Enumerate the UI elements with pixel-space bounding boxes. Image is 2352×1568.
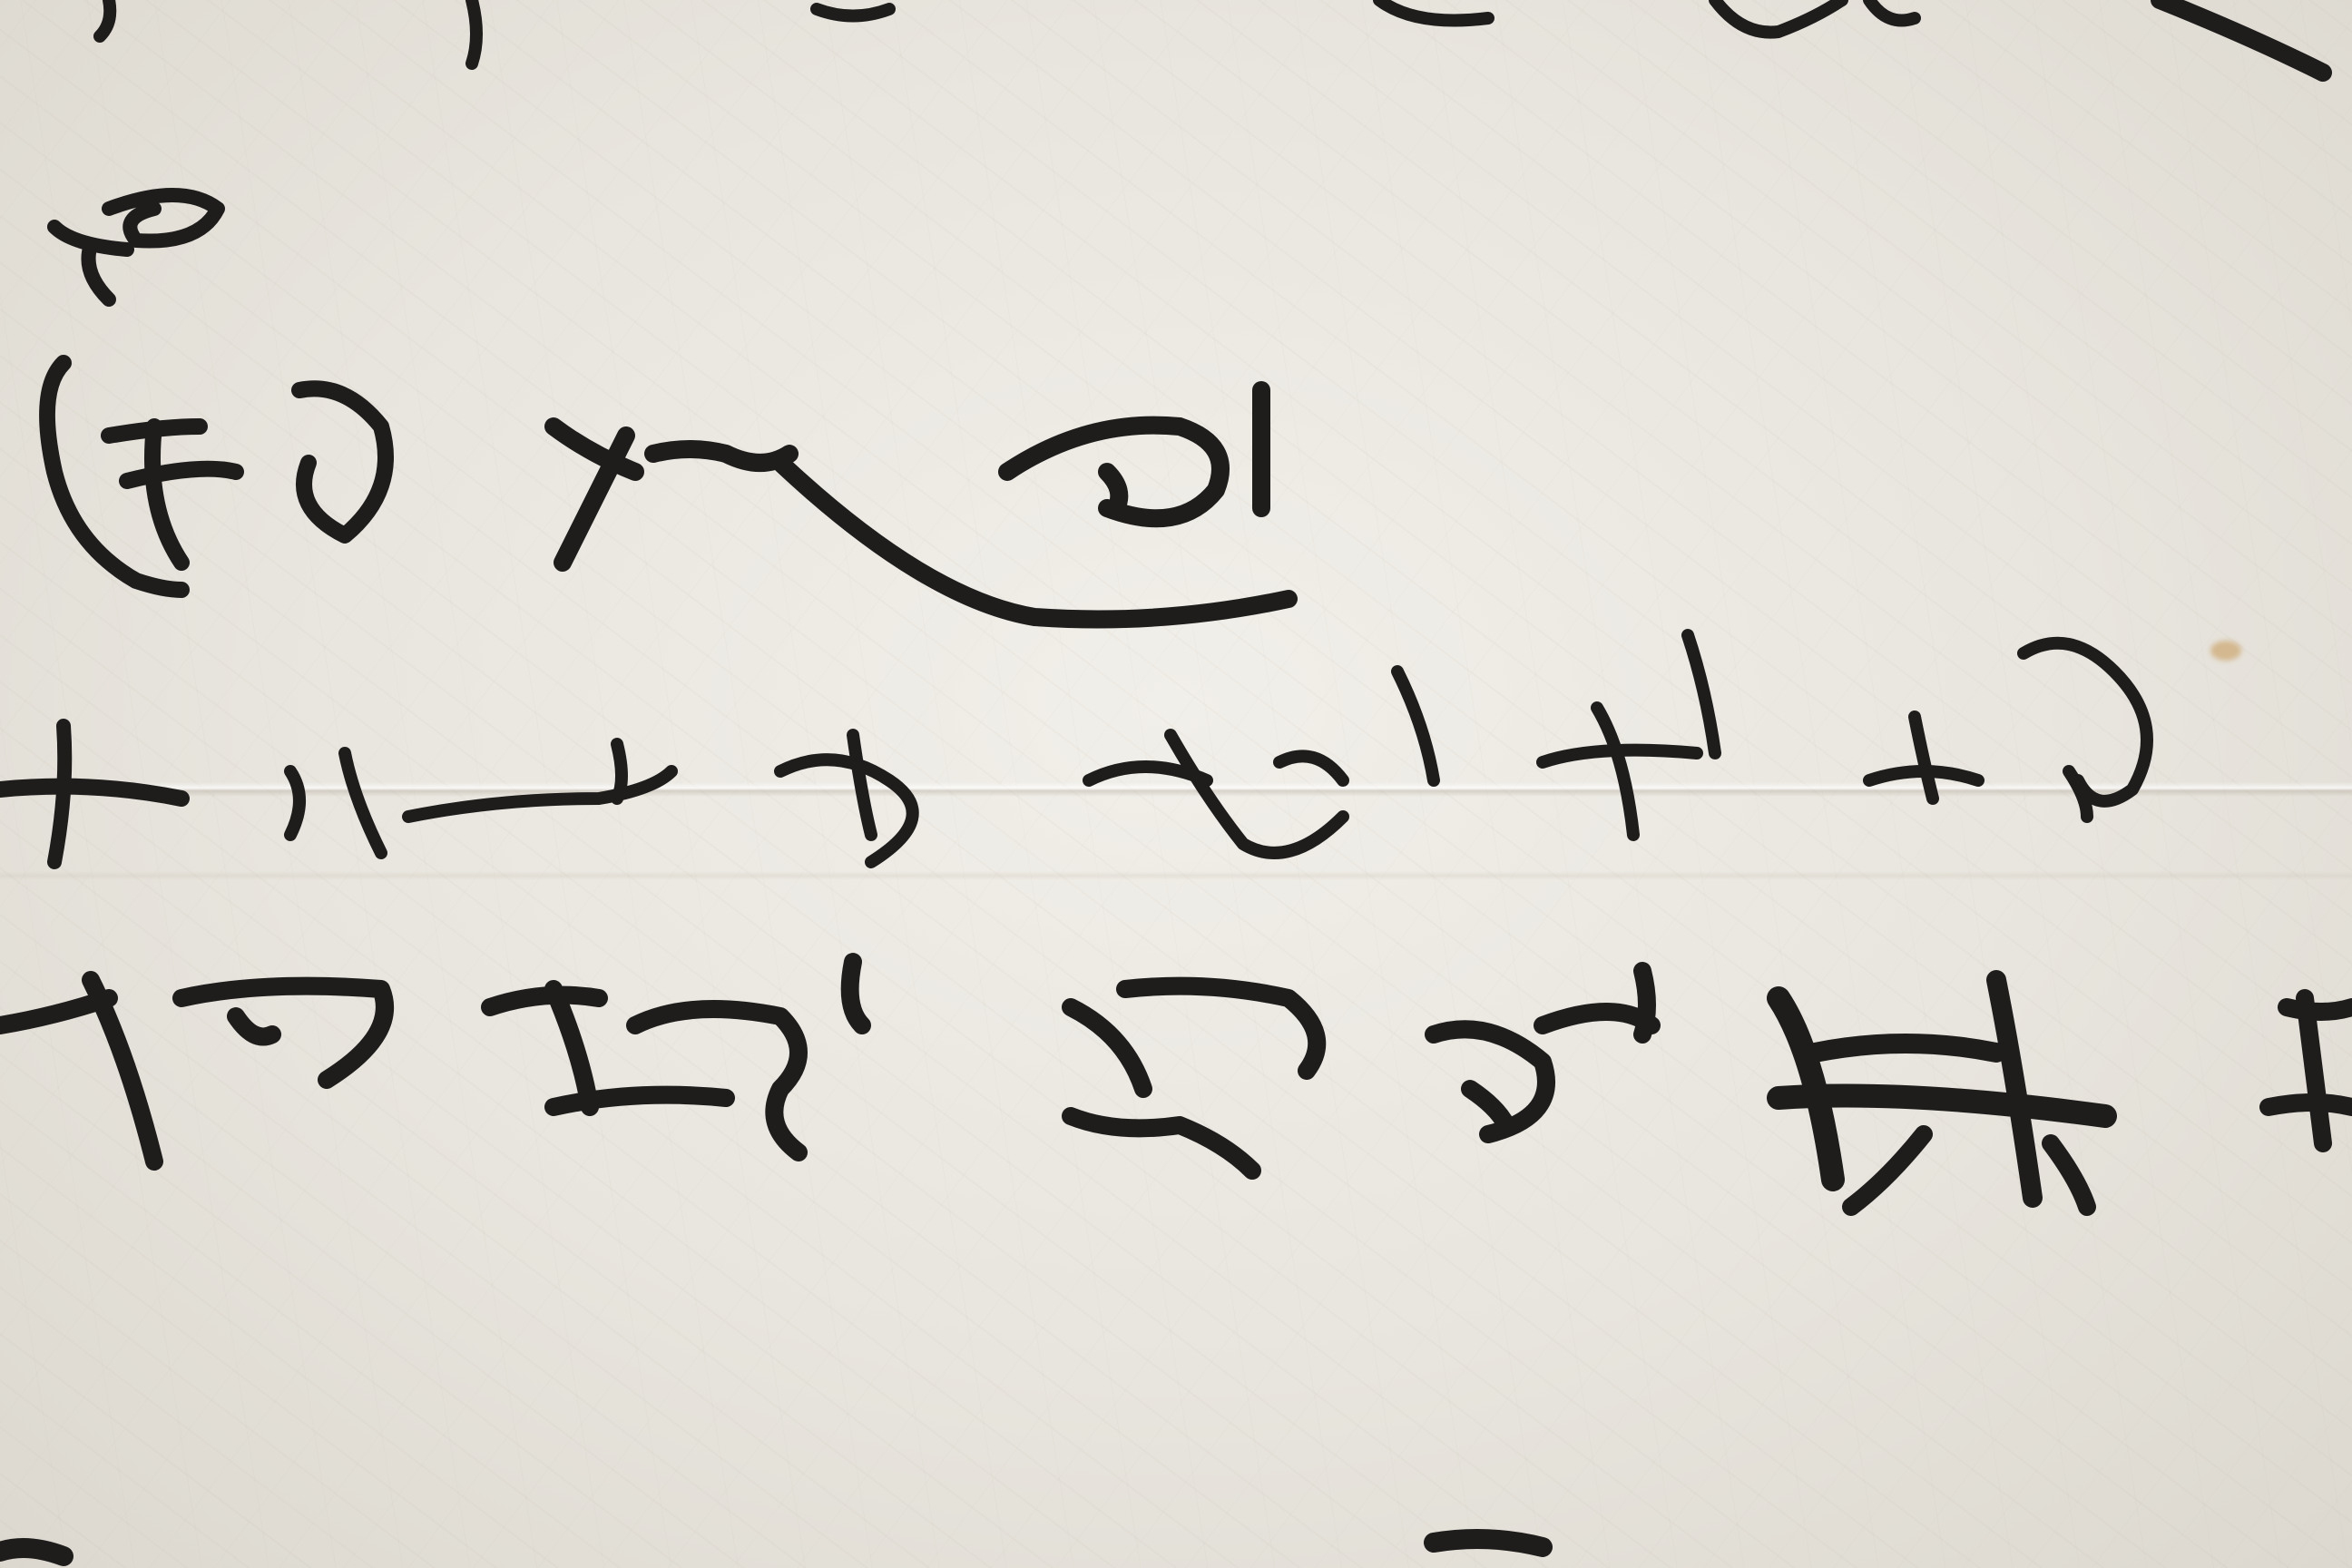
calligraphy-strokes	[0, 0, 2352, 1568]
top-row-partial-characters	[100, 0, 2323, 73]
character-left-2	[47, 363, 386, 590]
character-mid-row	[0, 635, 2147, 862]
bottom-edge-partial	[0, 1539, 1543, 1556]
character-left-4	[1007, 390, 1261, 518]
paper-background: Cursive calligraphy on paper	[0, 0, 2352, 1568]
character-left-1	[54, 195, 218, 299]
character-low-row	[0, 962, 2352, 1207]
